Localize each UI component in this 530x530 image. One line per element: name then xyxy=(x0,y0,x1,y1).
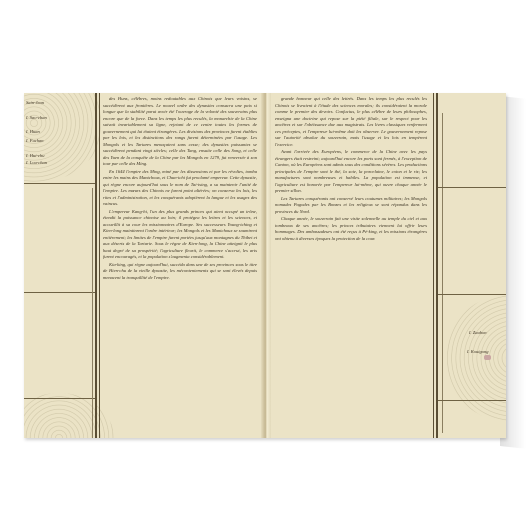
paragraph: Kia-king, qui règne aujourd'hui, succéda… xyxy=(103,262,257,282)
page-border xyxy=(99,93,100,438)
island-label: I. Zauhon xyxy=(469,330,487,335)
paragraph: Chaque année, le souverain fait une visi… xyxy=(275,216,427,242)
grid-line xyxy=(438,294,506,295)
paragraph: Les Tartares conquérants ont conservé le… xyxy=(275,196,427,216)
page-border xyxy=(95,93,97,438)
center-fold xyxy=(261,93,271,438)
grid-line xyxy=(24,398,95,399)
map-label: Sain-Jean xyxy=(26,100,44,105)
map-label: I. Fuchan xyxy=(26,138,44,143)
sea-contour-lines-bottom-left xyxy=(24,393,114,438)
grid-line xyxy=(24,183,95,184)
map-label: I. Sao-chan xyxy=(26,115,47,120)
island-marker xyxy=(484,355,491,360)
page-border xyxy=(436,93,438,438)
sea-contour-lines-right xyxy=(444,293,506,423)
paragraph: grande honneur qui celle des lettrés. Da… xyxy=(275,96,427,148)
grid-line xyxy=(24,292,95,293)
grid-line xyxy=(92,188,93,438)
grid-line xyxy=(442,113,443,433)
map-label: I. Lou-chan xyxy=(26,160,47,165)
greeting-card: Sain-Jean I. Sao-chan I. Huan I. Fuchan … xyxy=(24,93,506,438)
grid-line xyxy=(438,400,506,401)
left-page-text: des Huns, célèbres, moins redoutables au… xyxy=(103,96,257,438)
right-page-text: grande honneur qui celle des lettrés. Da… xyxy=(275,96,427,438)
map-label: I. Hui-chu xyxy=(26,153,45,158)
map-label: I. Huan xyxy=(26,129,40,134)
grid-line xyxy=(438,187,506,188)
island-label: I. Kouigong xyxy=(467,349,489,354)
paragraph: En 1644 l'empire des Ming, miné par les … xyxy=(103,169,257,208)
paragraph: L'empereur Kang-hi, l'un des plus grands… xyxy=(103,209,257,261)
paragraph: des Huns, célèbres, moins redoutables au… xyxy=(103,96,257,168)
page-border xyxy=(433,93,434,438)
paragraph: Avant l'arrivée des Européens, le commer… xyxy=(275,149,427,195)
